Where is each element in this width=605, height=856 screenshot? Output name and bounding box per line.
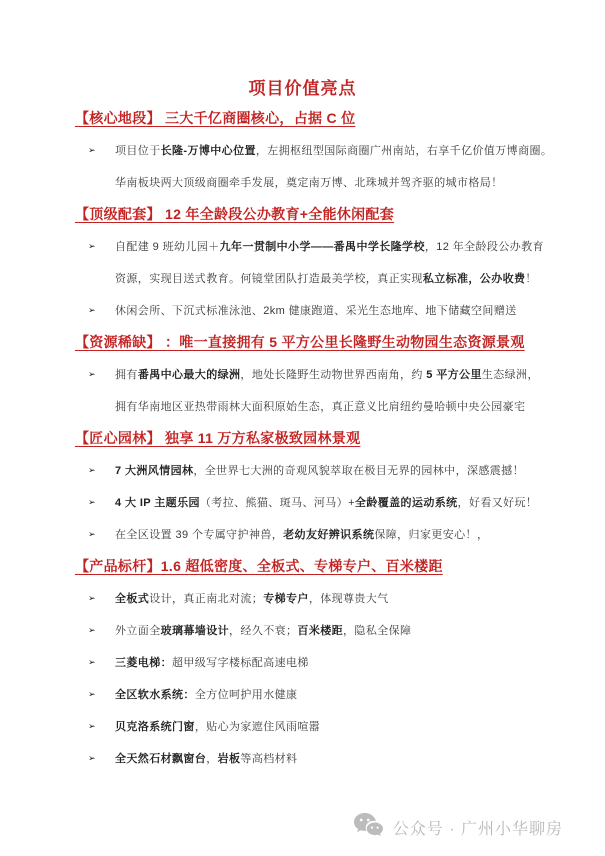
bullet-arrow-icon: ➢ (75, 241, 115, 252)
text-run: ，体现尊贵大气 (309, 593, 389, 605)
text-run: 岩板 (218, 753, 241, 765)
bullet-text: 外立面全玻璃幕墙设计，经久不衰；百米楼距，隐私全保障 (115, 622, 411, 638)
bullet-text: 全板式设计，真正南北对流；专梯专户，体现尊贵大气 (115, 590, 389, 606)
text-run: 休闲会所、下沉式标准泳池、2km 健康跑道、采光生态地库、地下储藏空间赠送 (115, 305, 517, 317)
bullet-arrow-icon: ➢ (75, 657, 115, 668)
text-run: 全方位呵护用水健康 (195, 689, 298, 701)
bullet-text: 4 大 IP 主题乐园（考拉、熊猫、斑马、河马）+全龄覆盖的运动系统，好看又好玩… (115, 494, 537, 510)
bullet-arrow-icon: ➢ (75, 529, 115, 540)
text-run: 4 大 IP 主题乐园 (115, 497, 200, 509)
bullet-text: 休闲会所、下沉式标准泳池、2km 健康跑道、采光生态地库、地下储藏空间赠送 (115, 302, 517, 318)
bullet-text: 全天然石材飘窗台，岩板等高档材料 (115, 750, 297, 766)
section-heading: 【匠心园林】 独享 11 万方私家极致园林景观 (75, 422, 575, 454)
text-run: 三菱电梯： (115, 657, 172, 669)
text-run: ，经久不衰； (229, 625, 297, 637)
bullet-text: 拥有番禺中心最大的绿洲，地处长隆野生动物世界西南角，约 5 平方公里生态绿洲， (115, 366, 539, 382)
bullet-item: ➢在全区设置 39 个专属守护神兽，老幼友好辨识系统保障，归家更安心！， (75, 518, 575, 550)
section-heading: 【顶级配套】 12 年全龄段公办教育+全能休闲配套 (75, 198, 575, 230)
footer-watermark: 公众号 · 广州小华聊房 (353, 812, 563, 843)
text-run: 7 大洲风情园林 (115, 465, 193, 477)
bullet-arrow-icon: ➢ (75, 305, 115, 316)
bullet-item: ➢外立面全玻璃幕墙设计，经久不衰；百米楼距，隐私全保障 (75, 614, 575, 646)
bullet-item: ➢4 大 IP 主题乐园（考拉、熊猫、斑马、河马）+全龄覆盖的运动系统，好看又好… (75, 486, 575, 518)
bullet-item: ➢休闲会所、下沉式标准泳池、2km 健康跑道、采光生态地库、地下储藏空间赠送 (75, 294, 575, 326)
text-run: 资源，实现目送式教育。何镜堂团队打造最美学校，真正实现 (115, 273, 423, 285)
text-run: 在全区设置 39 个专属守护神兽， (115, 529, 283, 541)
text-run: 全板式 (115, 593, 149, 605)
text-run: 专梯专户 (263, 593, 309, 605)
bullet-text: 项目位于长隆-万博中心位置，左拥枢纽型国际商圈广州南站，右享千亿价值万博商圈。 (115, 142, 552, 158)
text-run: 老幼友好辨识系统 (283, 529, 374, 541)
bullet-arrow-icon: ➢ (75, 497, 115, 508)
text-run: 全龄覆盖的运动系统 (355, 497, 458, 509)
bullet-text: 华南板块两大顶级商圈牵手发展，奠定南万博、北珠城并驾齐驱的城市格局！ (115, 174, 503, 190)
text-run: 自配建 9 班幼儿园＋ (115, 241, 220, 253)
bullet-item: ➢拥有番禺中心最大的绿洲，地处长隆野生动物世界西南角，约 5 平方公里生态绿洲， (75, 358, 575, 390)
text-run: 长隆-万博中心位置 (161, 145, 256, 157)
text-run: ，地处长隆野生动物世界西南角，约 (240, 369, 426, 381)
bullet-arrow-icon: ➢ (75, 465, 115, 476)
text-run: 5 平方公里 (426, 369, 482, 381)
bullet-item: ➢项目位于长隆-万博中心位置，左拥枢纽型国际商圈广州南站，右享千亿价值万博商圈。 (75, 134, 575, 166)
bullet-continuation-line: 拥有华南地区亚热带雨林大面积原始生态，真正意义比肩纽约曼哈顿中央公园豪宅 (75, 390, 575, 422)
text-run: 生态绿洲， (482, 369, 539, 381)
text-run: ，隐私全保障 (343, 625, 411, 637)
text-run: 九年一贯制中小学——番禺中学长隆学校 (220, 241, 425, 253)
bullet-text: 资源，实现目送式教育。何镜堂团队打造最美学校，真正实现私立标准，公办收费！ (115, 270, 537, 286)
bullet-item: ➢全区软水系统：全方位呵护用水健康 (75, 678, 575, 710)
bullet-arrow-icon: ➢ (75, 753, 115, 764)
text-run: 拥有华南地区亚热带雨林大面积原始生态，真正意义比肩纽约曼哈顿中央公园豪宅 (115, 401, 525, 413)
page-title: 项目价值亮点 (249, 74, 357, 99)
bullet-arrow-icon: ➢ (75, 625, 115, 636)
text-run: 保障，归家更安心！， (374, 529, 488, 541)
footer-label: 公众号 · 广州小华聊房 (393, 816, 563, 839)
text-run: 等高档材料 (240, 753, 297, 765)
text-run: 私立标准，公办收费 (423, 273, 526, 285)
text-run: 番禺中心最大的绿洲 (138, 369, 241, 381)
bullet-continuation-line: 华南板块两大顶级商圈牵手发展，奠定南万博、北珠城并驾齐驱的城市格局！ (75, 166, 575, 198)
bullet-text: 全区软水系统：全方位呵护用水健康 (115, 686, 297, 702)
text-run: 贝克洛系统门窗 (115, 721, 195, 733)
text-run: ，贴心为家遮住风雨喧嚣 (195, 721, 320, 733)
text-run: 拥有 (115, 369, 138, 381)
text-run: （考拉、熊猫、斑马、河马）+ (200, 497, 355, 509)
bullet-item: ➢全板式设计，真正南北对流；专梯专户，体现尊贵大气 (75, 582, 575, 614)
text-run: ，好看又好玩！ (458, 497, 538, 509)
bullet-text: 7 大洲风情园林，全世界七大洲的奇观风貌萃取在极目无界的园林中，深感震撼！ (115, 462, 524, 478)
text-run: 华南板块两大顶级商圈牵手发展，奠定南万博、北珠城并驾齐驱的城市格局！ (115, 177, 503, 189)
document-page: 项目价值亮点 【核心地段】 三大千亿商圈核心，占据 C 位➢项目位于长隆-万博中… (0, 0, 605, 774)
text-run: 外立面全 (115, 625, 161, 637)
title-row: 项目价值亮点 (75, 70, 575, 102)
text-run: 全天然石材飘窗台 (115, 753, 206, 765)
bullet-item: ➢全天然石材飘窗台，岩板等高档材料 (75, 742, 575, 774)
bullet-text: 拥有华南地区亚热带雨林大面积原始生态，真正意义比肩纽约曼哈顿中央公园豪宅 (115, 398, 525, 414)
text-run: ， (206, 753, 217, 765)
text-run: ，12 年全龄段公办教育 (425, 241, 544, 253)
text-run: 全区软水系统： (115, 689, 195, 701)
text-run: 项目位于 (115, 145, 161, 157)
bullet-item: ➢7 大洲风情园林，全世界七大洲的奇观风貌萃取在极目无界的园林中，深感震撼！ (75, 454, 575, 486)
text-run: ！ (525, 273, 536, 285)
text-run: 超甲级写字楼标配高速电梯 (172, 657, 309, 669)
text-run: 玻璃幕墙设计 (161, 625, 229, 637)
bullet-item: ➢自配建 9 班幼儿园＋九年一贯制中小学——番禺中学长隆学校，12 年全龄段公办… (75, 230, 575, 262)
text-run: ，左拥枢纽型国际商圈广州南站，右享千亿价值万博商圈。 (256, 145, 552, 157)
sections: 【核心地段】 三大千亿商圈核心，占据 C 位➢项目位于长隆-万博中心位置，左拥枢… (75, 102, 575, 774)
text-run: ，全世界七大洲的奇观风貌萃取在极目无界的园林中，深感震撼！ (193, 465, 524, 477)
bullet-arrow-icon: ➢ (75, 721, 115, 732)
bullet-item: ➢三菱电梯：超甲级写字楼标配高速电梯 (75, 646, 575, 678)
bullet-text: 三菱电梯：超甲级写字楼标配高速电梯 (115, 654, 309, 670)
bullet-text: 在全区设置 39 个专属守护神兽，老幼友好辨识系统保障，归家更安心！， (115, 526, 488, 542)
bullet-arrow-icon: ➢ (75, 145, 115, 156)
section-heading: 【资源稀缺】 ：唯一直接拥有 5 平方公里长隆野生动物园生态资源景观 (75, 326, 575, 358)
bullet-item: ➢贝克洛系统门窗，贴心为家遮住风雨喧嚣 (75, 710, 575, 742)
bullet-text: 贝克洛系统门窗，贴心为家遮住风雨喧嚣 (115, 718, 320, 734)
bullet-arrow-icon: ➢ (75, 369, 115, 380)
bullet-text: 自配建 9 班幼儿园＋九年一贯制中小学——番禺中学长隆学校，12 年全龄段公办教… (115, 238, 544, 254)
text-run: 设计，真正南北对流； (149, 593, 263, 605)
text-run: 百米楼距 (297, 625, 343, 637)
bullet-continuation-line: 资源，实现目送式教育。何镜堂团队打造最美学校，真正实现私立标准，公办收费！ (75, 262, 575, 294)
wechat-icon (353, 812, 384, 843)
bullet-arrow-icon: ➢ (75, 689, 115, 700)
section-heading: 【核心地段】 三大千亿商圈核心，占据 C 位 (75, 102, 575, 134)
bullet-arrow-icon: ➢ (75, 593, 115, 604)
section-heading: 【产品标杆】1.6 超低密度、全板式、专梯专户、百米楼距 (75, 550, 575, 582)
